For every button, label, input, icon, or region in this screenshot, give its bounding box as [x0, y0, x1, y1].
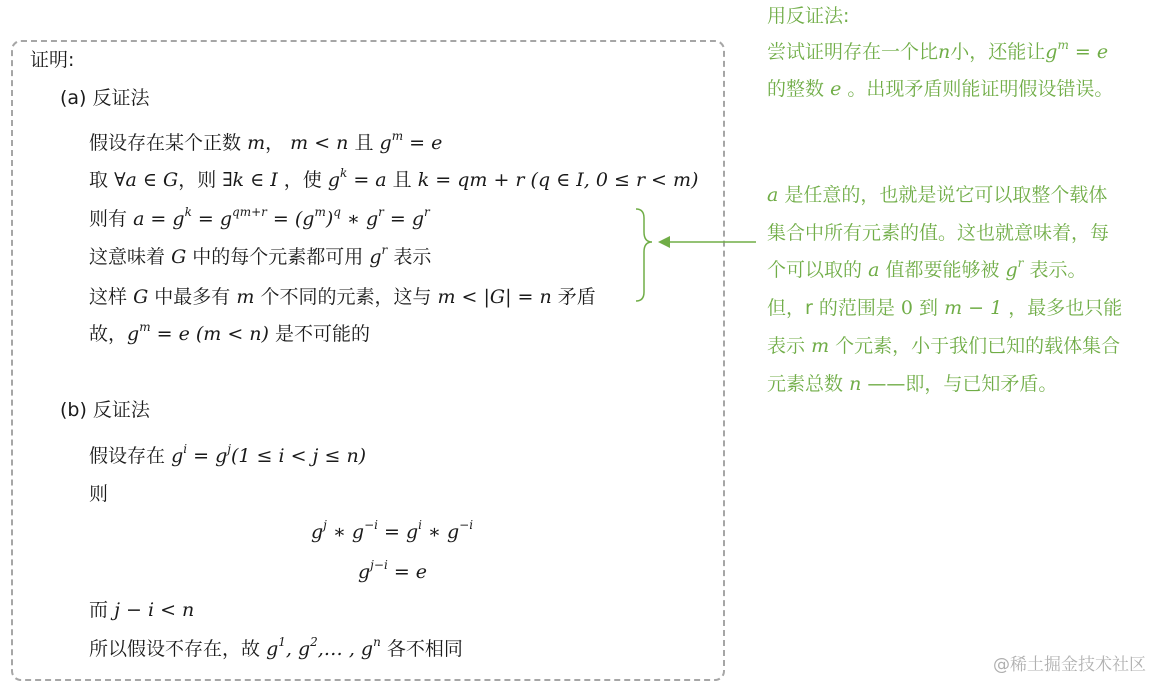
brace-and-arrow	[0, 0, 1176, 691]
arrow-head-icon	[658, 236, 670, 248]
curly-brace-icon	[636, 209, 652, 301]
watermark: @稀土掘金技术社区	[993, 650, 1146, 675]
